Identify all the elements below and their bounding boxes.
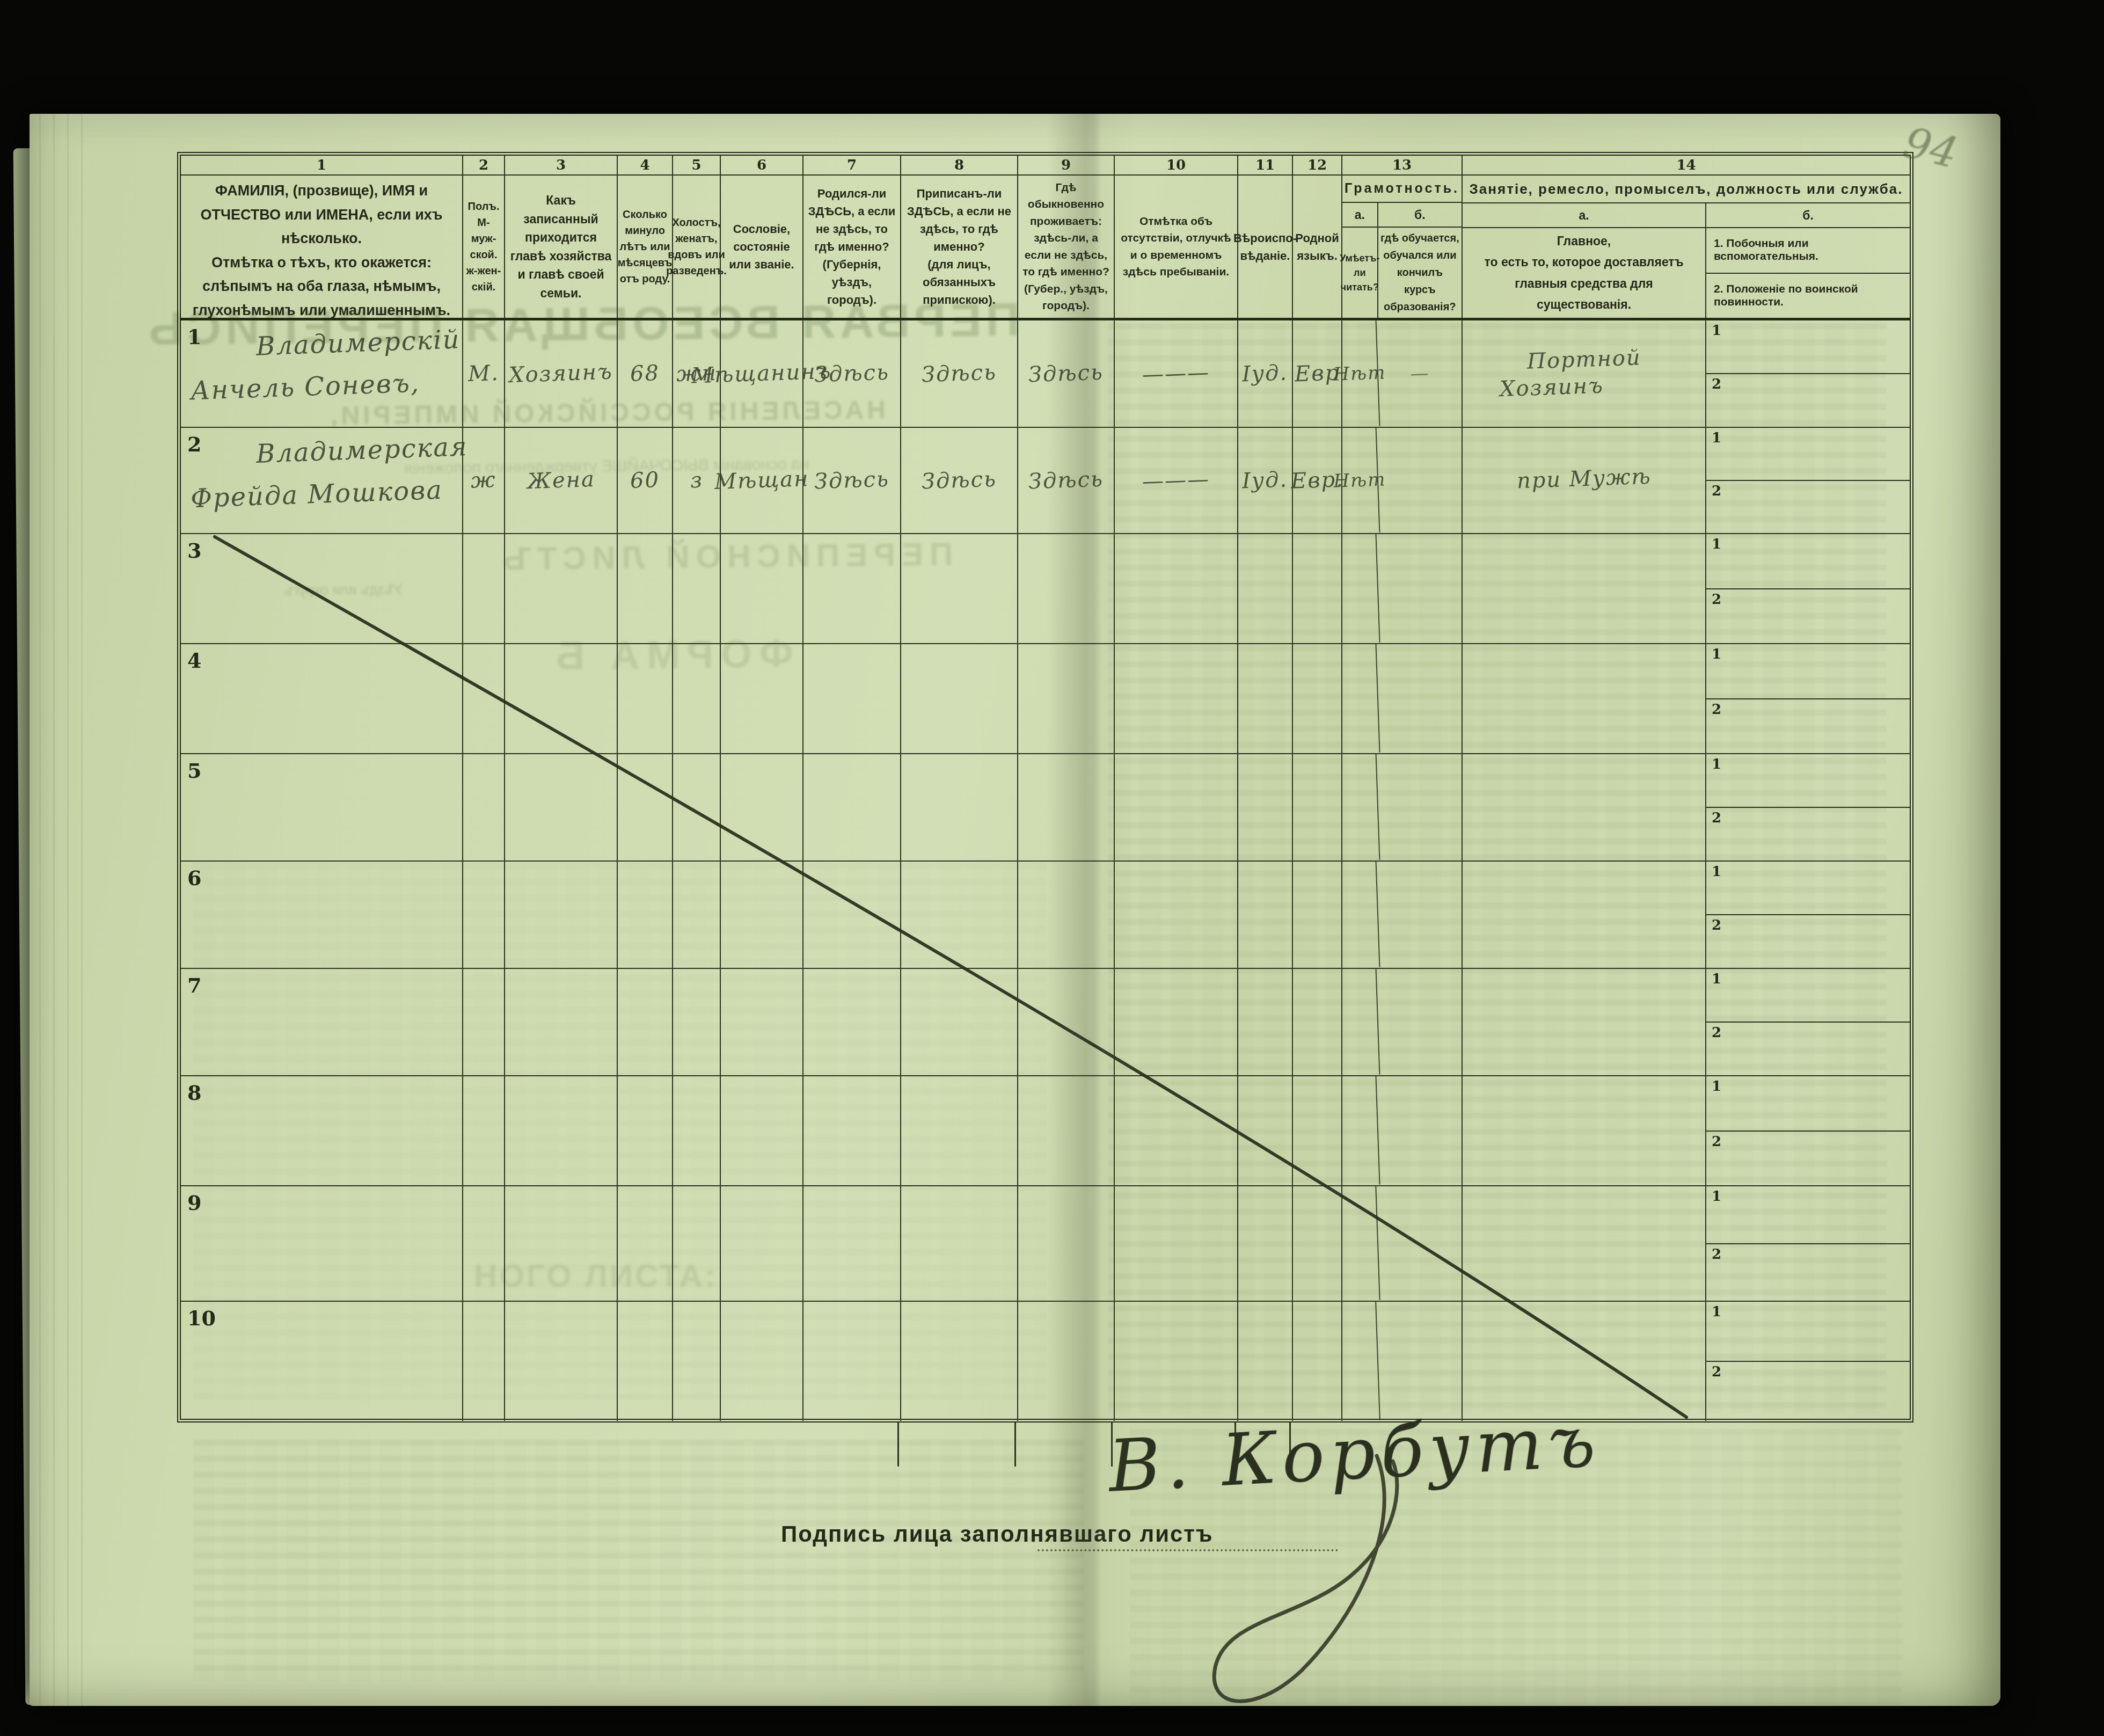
cell-col12-row8 — [1293, 1076, 1342, 1185]
cell-col11-row3 — [1238, 534, 1293, 643]
cell-col8-row9 — [901, 1186, 1018, 1301]
cell-col5-row2: з — [673, 428, 721, 533]
column-4-number: 4 — [618, 156, 672, 176]
cell-col13-row1: Нѣт— — [1342, 320, 1463, 427]
column-8-header-text: Приписанъ-ли ЗДѢСЬ, а если не здѣсь, то … — [901, 176, 1017, 318]
column-12-header-text: Родной языкъ. — [1293, 176, 1341, 318]
cell-col3-row7 — [505, 969, 618, 1075]
cell-col2-row2: ж — [463, 428, 505, 533]
literacy-sublabels: а.б. — [1342, 203, 1462, 228]
subcell-1-row7: 1 — [1706, 969, 1910, 1023]
handwritten-entry: 60 — [630, 468, 660, 493]
sublabel-a: а. — [1463, 203, 1705, 228]
cell-col12-row4 — [1293, 644, 1342, 753]
subcell-1-row4: 1 — [1706, 644, 1910, 699]
subcell-1-row5: 1 — [1706, 754, 1910, 808]
subcell-label-1: 1 — [1712, 1188, 1721, 1205]
cell-col4-row8 — [618, 1076, 673, 1185]
cell-col7-row2: Здѣсь — [803, 428, 901, 533]
handwritten-entry: 68 — [630, 361, 660, 386]
handwritten-entry: ж — [470, 468, 496, 493]
subcell-label-1: 1 — [1712, 1304, 1721, 1320]
handwritten-entry: Здѣсь — [921, 360, 997, 388]
cell-col5-row10 — [673, 1302, 721, 1421]
handwritten-literacy-a — [1341, 754, 1380, 861]
cell-col14b-row3: 12 — [1706, 534, 1910, 643]
cell-col4-row1: 68 — [618, 320, 673, 427]
cell-col8-row5 — [901, 754, 1018, 860]
occupation-b1-text: 1. Побочныя или вспомогательныя. — [1706, 228, 1910, 274]
column-8-header: 8Приписанъ-ли ЗДѢСЬ, а если не здѣсь, то… — [901, 156, 1018, 318]
cell-col14a-row1: ПортнойХозяинъ — [1463, 320, 1706, 427]
handwritten-entry: Іуд. — [1242, 361, 1289, 387]
cell-col14-row7: 12 — [1463, 969, 1910, 1075]
cell-col5-row8 — [673, 1076, 721, 1185]
cell-col6-row3 — [721, 534, 803, 643]
subcell-1-row1: 1 — [1706, 320, 1910, 374]
cell-name-row10: 10 — [181, 1302, 463, 1421]
cell-col14-row4: 12 — [1463, 644, 1910, 753]
handwritten-entry: Здѣсь — [814, 360, 889, 388]
cell-col12-row6 — [1293, 862, 1342, 968]
handwritten-entry: Іуд. — [1242, 468, 1289, 494]
cell-col11-row10 — [1238, 1302, 1293, 1421]
subcell-1-row2: 1 — [1706, 428, 1910, 481]
cell-col6-row5 — [721, 754, 803, 860]
cell-name-row7: 7 — [181, 969, 463, 1075]
cell-col5-row7 — [673, 969, 721, 1075]
cell-col2-row4 — [463, 644, 505, 753]
cell-col3-row1: Хозяинъ — [505, 320, 618, 427]
cell-col2-row10 — [463, 1302, 505, 1421]
cell-col2-row3 — [463, 534, 505, 643]
subcell-label-2: 2 — [1712, 917, 1721, 933]
table-header-row: 1ФАМИЛІЯ, (прозвище), ИМЯ и ОТЧЕСТВО или… — [181, 156, 1910, 320]
row-number: 7 — [187, 973, 201, 997]
handwritten-surname: Владимерскій — [255, 324, 461, 361]
cell-col14a-row3 — [1463, 534, 1706, 643]
paper-fold-edge-lines — [39, 114, 87, 1706]
subcell-2-row3: 2 — [1706, 589, 1910, 644]
cell-col7-row3 — [803, 534, 901, 643]
cell-col13-row8 — [1342, 1076, 1463, 1185]
column-3-header: 3Какъ записанный приходится главѣ хозяйс… — [505, 156, 618, 318]
handwritten-given-name: Анчель Соневъ, — [190, 368, 420, 406]
column-13-number: 13 — [1342, 156, 1462, 176]
handwritten-entry: ——— — [1142, 360, 1210, 387]
cell-col8-row6 — [901, 862, 1018, 968]
cell-col6-row7 — [721, 969, 803, 1075]
cell-col14b-row10: 12 — [1706, 1302, 1910, 1421]
handwritten-entry: ——— — [1142, 467, 1210, 494]
row-number: 2 — [187, 432, 201, 456]
column-6-header: 6Сословіе, состояніе или званіе. — [721, 156, 803, 318]
column-11-number: 11 — [1238, 156, 1292, 176]
subcell-2-row9: 2 — [1706, 1244, 1910, 1301]
column-5-header: 5Холостъ, женатъ, вдовъ или разведенъ. — [673, 156, 721, 318]
cell-col2-row9 — [463, 1186, 505, 1301]
handwritten-entry: Жена — [527, 467, 595, 494]
cell-col11-row4 — [1238, 644, 1293, 753]
column-12-number: 12 — [1293, 156, 1341, 176]
cell-col14-row1: ПортнойХозяинъ12 — [1463, 320, 1910, 427]
cell-col7-row1: Здѣсь — [803, 320, 901, 427]
cell-col3-row3 — [505, 534, 618, 643]
cell-col4-row5 — [618, 754, 673, 860]
table-row-1: 1ВладимерскійАнчель Соневъ,М.Хозяинъ68жн… — [181, 320, 1910, 428]
handwritten-entry: М. — [467, 361, 499, 386]
literacy-b-text: гдѣ обучается, обучался или кончилъ курс… — [1378, 228, 1462, 318]
cell-col12-row3 — [1293, 534, 1342, 643]
cell-col6-row9 — [721, 1186, 803, 1301]
cell-col3-row2: Жена — [505, 428, 618, 533]
cell-col13-row9 — [1342, 1186, 1463, 1301]
cell-col14-row2: при Мужѣ12 — [1463, 428, 1910, 533]
cell-col3-row6 — [505, 862, 618, 968]
cell-name-row6: 6 — [181, 862, 463, 968]
column-7-number: 7 — [803, 156, 900, 176]
cell-col14-row8: 12 — [1463, 1076, 1910, 1185]
subcell-label-2: 2 — [1712, 702, 1721, 718]
cell-col14-row5: 12 — [1463, 754, 1910, 860]
cell-col5-row3 — [673, 534, 721, 643]
cell-col3-row5 — [505, 754, 618, 860]
column-2-header-text: Полъ. М-муж-ской. ж-жен-скій. — [463, 176, 504, 318]
cell-col7-row7 — [803, 969, 901, 1075]
cell-col5-row5 — [673, 754, 721, 860]
sublabel-b: б. — [1378, 203, 1462, 227]
handwritten-entry: Хозяинъ — [508, 360, 613, 388]
cell-col3-row4 — [505, 644, 618, 753]
cell-col5-row6 — [673, 862, 721, 968]
cell-col13-row4 — [1342, 644, 1463, 753]
row-number: 1 — [187, 325, 201, 349]
cell-col14b-row2: 12 — [1706, 428, 1910, 533]
subcell-1-row3: 1 — [1706, 534, 1910, 589]
cell-col11-row2: Іуд. — [1238, 428, 1293, 533]
table-row-8: 812 — [181, 1076, 1910, 1186]
handwritten-literacy-a — [1340, 534, 1380, 644]
cell-col7-row9 — [803, 1186, 901, 1301]
cell-col2-row8 — [463, 1076, 505, 1185]
subcell-2-row5: 2 — [1706, 808, 1910, 860]
cell-col14b-row8: 12 — [1706, 1076, 1910, 1185]
cell-name-row9: 9 — [181, 1186, 463, 1301]
cell-col7-row6 — [803, 862, 901, 968]
handwritten-entry: Мѣщан — [714, 466, 809, 494]
cell-col14b-row9: 12 — [1706, 1186, 1910, 1301]
occupation-band: Занятіе, ремесло, промыселъ, должность и… — [1463, 176, 1910, 203]
subcell-label-2: 2 — [1712, 483, 1721, 499]
cell-col4-row2: 60 — [618, 428, 673, 533]
cell-col4-row9 — [618, 1186, 673, 1301]
subcell-1-row8: 1 — [1706, 1076, 1910, 1132]
column-5-number: 5 — [673, 156, 720, 176]
handwritten-occupation-line1: при Мужѣ — [1516, 464, 1652, 494]
column-12-header: 12Родной языкъ. — [1293, 156, 1342, 318]
column-4-header-text: Сколько минуло лѣтъ или мѣсяцевъ отъ род… — [618, 176, 672, 318]
column-3-header-text: Какъ записанный приходится главѣ хозяйст… — [505, 176, 617, 318]
cell-col12-row5 — [1293, 754, 1342, 860]
cell-col14-row10: 12 — [1463, 1302, 1910, 1421]
column-13-header: 13Грамотность.а.б.Умѣетъ-ли читать?гдѣ о… — [1342, 156, 1463, 318]
center-fold-crease — [1047, 114, 1138, 1706]
table-body: 1ВладимерскійАнчель Соневъ,М.Хозяинъ68жн… — [181, 320, 1910, 1421]
column-4-header: 4Сколько минуло лѣтъ или мѣсяцевъ отъ ро… — [618, 156, 673, 318]
occupation-b2-text: 2. Положеніе по воинской повинности. — [1706, 274, 1910, 318]
column-2-header: 2Полъ. М-муж-ской. ж-жен-скій. — [463, 156, 505, 318]
table-row-7: 712 — [181, 969, 1910, 1076]
handwritten-literacy-a — [1340, 1301, 1380, 1421]
row-number: 5 — [187, 758, 201, 783]
row-number: 3 — [187, 538, 201, 563]
cell-col13-row6 — [1342, 862, 1463, 968]
handwritten-surname: Владимерская — [255, 432, 468, 469]
cell-col4-row6 — [618, 862, 673, 968]
literacy-subheaders: Умѣетъ-ли читать?гдѣ обучается, обучался… — [1342, 228, 1462, 318]
handwritten-occupation-line1: Портной — [1526, 345, 1641, 374]
subcell-label-2: 2 — [1712, 1364, 1721, 1380]
cell-col14a-row5 — [1463, 754, 1706, 860]
cell-col13-row7 — [1342, 969, 1463, 1075]
cell-col14b-row7: 12 — [1706, 969, 1910, 1075]
subcell-2-row10: 2 — [1706, 1362, 1910, 1421]
cell-name-row2: 2ВладимерскаяФрейда Мошкова — [181, 428, 463, 533]
cell-col4-row7 — [618, 969, 673, 1075]
cell-col6-row2: Мѣщан — [721, 428, 803, 533]
cell-col7-row4 — [803, 644, 901, 753]
cell-col7-row5 — [803, 754, 901, 860]
cell-name-row8: 8 — [181, 1076, 463, 1185]
handwritten-literacy-b — [1376, 967, 1463, 1076]
cell-col4-row10 — [618, 1302, 673, 1421]
cell-col8-row1: Здѣсь — [901, 320, 1018, 427]
cell-col11-row6 — [1238, 862, 1293, 968]
cell-col11-row1: Іуд. — [1238, 320, 1293, 427]
cell-col11-row9 — [1238, 1186, 1293, 1301]
column-14-header: 14Занятіе, ремесло, промыселъ, должность… — [1463, 156, 1910, 318]
sublabel-b: б. — [1706, 203, 1910, 228]
handwritten-literacy-b — [1376, 1185, 1464, 1302]
handwritten-literacy-b — [1376, 860, 1463, 969]
occupation-a-text: Главное, то есть то, которое доставляетъ… — [1463, 228, 1705, 318]
cell-col4-row3 — [618, 534, 673, 643]
subcell-1-row9: 1 — [1706, 1186, 1910, 1244]
column-8-number: 8 — [901, 156, 1017, 176]
cell-name-row1: 1ВладимерскійАнчель Соневъ, — [181, 320, 463, 427]
handwritten-literacy-b — [1376, 1300, 1464, 1422]
scanned-census-sheet: ПЕРВАЯ ВСЕОБЩАЯ ПЕРЕПИСЬ НАСЕЛЕНІЯ РОССІ… — [0, 0, 2104, 1736]
handwritten-given-name: Фрейда Мошкова — [190, 475, 443, 514]
cell-col14a-row4 — [1463, 644, 1706, 753]
handwritten-literacy-b — [1376, 1075, 1463, 1186]
cell-col12-row10 — [1293, 1302, 1342, 1421]
subcell-label-2: 2 — [1712, 1025, 1721, 1041]
cell-col4-row4 — [618, 644, 673, 753]
handwritten-literacy-b — [1376, 643, 1463, 754]
column-6-number: 6 — [721, 156, 802, 176]
table-row-6: 612 — [181, 862, 1910, 969]
column-7-header: 7Родился-ли ЗДѢСЬ, а если не здѣсь, то г… — [803, 156, 901, 318]
cell-col13-row10 — [1342, 1302, 1463, 1421]
subcell-label-1: 1 — [1712, 756, 1721, 772]
table-row-10: 1012 — [181, 1302, 1910, 1421]
table-row-9: 912 — [181, 1186, 1910, 1302]
subcell-label-2: 2 — [1712, 1134, 1721, 1150]
column-11-header-text: Вѣроиспо-вѣданіе. — [1238, 176, 1292, 318]
column-divider-stub — [1014, 1423, 1016, 1467]
cell-col2-row5 — [463, 754, 505, 860]
cell-col3-row9 — [505, 1186, 618, 1301]
column-divider-stub — [897, 1423, 899, 1467]
cell-col2-row7 — [463, 969, 505, 1075]
column-1-header: 1ФАМИЛІЯ, (прозвище), ИМЯ и ОТЧЕСТВО или… — [181, 156, 463, 318]
column-1-header-text: ФАМИЛІЯ, (прозвище), ИМЯ и ОТЧЕСТВО или … — [181, 176, 462, 325]
cell-col13-row5 — [1342, 754, 1463, 860]
subcell-label-1: 1 — [1712, 971, 1721, 987]
cell-col14a-row6 — [1463, 862, 1706, 968]
cell-col7-row10 — [803, 1302, 901, 1421]
cell-col14b-row1: 12 — [1706, 320, 1910, 427]
literacy-band: Грамотность. — [1342, 176, 1462, 203]
subcell-2-row1: 2 — [1706, 374, 1910, 427]
subcell-label-1: 1 — [1712, 430, 1721, 446]
column-14-number: 14 — [1463, 156, 1910, 176]
cell-col8-row3 — [901, 534, 1018, 643]
cell-col14b-row4: 12 — [1706, 644, 1910, 753]
column-7-header-text: Родился-ли ЗДѢСЬ, а если не здѣсь, то гд… — [803, 176, 900, 318]
cell-col6-row1: Мѣщанинъ — [721, 320, 803, 427]
row-number: 9 — [187, 1191, 201, 1215]
subcell-1-row6: 1 — [1706, 862, 1910, 915]
cell-name-row5: 5 — [181, 754, 463, 860]
handwritten-literacy-b — [1376, 753, 1463, 862]
row-number: 10 — [187, 1306, 216, 1330]
subcell-2-row4: 2 — [1706, 699, 1910, 754]
census-form-page: ПЕРВАЯ ВСЕОБЩАЯ ПЕРЕПИСЬ НАСЕЛЕНІЯ РОССІ… — [30, 114, 2000, 1706]
subcell-2-row8: 2 — [1706, 1132, 1910, 1186]
column-2-number: 2 — [463, 156, 504, 176]
handwritten-literacy-a — [1341, 968, 1380, 1076]
cell-col11-row7 — [1238, 969, 1293, 1075]
subcell-1-row10: 1 — [1706, 1302, 1910, 1362]
cell-col14b-row6: 12 — [1706, 862, 1910, 968]
cell-col8-row7 — [901, 969, 1018, 1075]
cell-col3-row10 — [505, 1302, 618, 1421]
row-number: 4 — [187, 648, 201, 673]
cell-col14a-row8 — [1463, 1076, 1706, 1185]
cell-col6-row10 — [721, 1302, 803, 1421]
cell-col14-row9: 12 — [1463, 1186, 1910, 1301]
cell-name-row3: 3 — [181, 534, 463, 643]
handwritten-literacy-b — [1376, 426, 1463, 534]
subcell-label-1: 1 — [1712, 536, 1721, 552]
column-1-number: 1 — [181, 156, 462, 176]
row-number: 8 — [187, 1081, 201, 1105]
handwritten-occupation-line2: Хозяинъ — [1499, 374, 1604, 402]
subcell-2-row7: 2 — [1706, 1023, 1910, 1075]
cell-col14a-row7 — [1463, 969, 1706, 1075]
cell-name-row4: 4 — [181, 644, 463, 753]
handwritten-literacy-a: Нѣт — [1341, 427, 1380, 534]
table-row-2: 2ВладимерскаяФрейда МошковажЖена60зМѣщан… — [181, 428, 1910, 534]
occupation-a: а.Главное, то есть то, которое доставляе… — [1463, 203, 1706, 318]
cell-col12-row9 — [1293, 1186, 1342, 1301]
cell-col13-row3 — [1342, 534, 1463, 643]
cell-col14b-row5: 12 — [1706, 754, 1910, 860]
subcell-label-2: 2 — [1712, 810, 1721, 826]
literacy-a-text: Умѣетъ-ли читать? — [1342, 228, 1378, 318]
subcell-2-row2: 2 — [1706, 481, 1910, 533]
bleed-texture-bottom-left — [193, 1440, 1084, 1681]
handwritten-literacy-a — [1340, 1076, 1380, 1186]
handwritten-literacy-b: — — [1376, 319, 1463, 428]
table-row-4: 412 — [181, 644, 1910, 754]
subcell-label-1: 1 — [1712, 646, 1721, 662]
handwritten-entry: Здѣсь — [921, 467, 997, 494]
cell-col12-row7 — [1293, 969, 1342, 1075]
column-6-header-text: Сословіе, состояніе или званіе. — [721, 176, 802, 318]
cell-col8-row8 — [901, 1076, 1018, 1185]
cell-col8-row10 — [901, 1302, 1018, 1421]
cell-col7-row8 — [803, 1076, 901, 1185]
column-5-header-text: Холостъ, женатъ, вдовъ или разведенъ. — [673, 176, 720, 318]
census-table: 1ФАМИЛІЯ, (прозвище), ИМЯ и ОТЧЕСТВО или… — [177, 152, 1913, 1423]
cell-col8-row4 — [901, 644, 1018, 753]
subcell-2-row6: 2 — [1706, 915, 1910, 968]
sublabel-a: а. — [1342, 203, 1378, 227]
cell-col14-row3: 12 — [1463, 534, 1910, 643]
subcell-label-1: 1 — [1712, 1078, 1721, 1095]
cell-col14-row6: 12 — [1463, 862, 1910, 968]
subcell-label-2: 2 — [1712, 376, 1721, 392]
cell-col8-row2: Здѣсь — [901, 428, 1018, 533]
cell-col2-row1: М. — [463, 320, 505, 427]
cell-col14a-row2: при Мужѣ — [1463, 428, 1706, 533]
subcell-label-2: 2 — [1712, 1246, 1721, 1263]
column-3-number: 3 — [505, 156, 617, 176]
cell-col5-row9 — [673, 1186, 721, 1301]
subcell-label-1: 1 — [1712, 864, 1721, 880]
cell-col3-row8 — [505, 1076, 618, 1185]
cell-col14a-row9 — [1463, 1186, 1706, 1301]
handwritten-literacy-a — [1340, 644, 1380, 754]
subcell-label-1: 1 — [1712, 323, 1721, 339]
subcell-label-2: 2 — [1712, 592, 1721, 608]
table-row-3: 312 — [181, 534, 1910, 644]
cell-col6-row4 — [721, 644, 803, 753]
handwritten-entry: з — [690, 468, 703, 493]
handwritten-literacy-a: Нѣт — [1341, 320, 1380, 427]
handwritten-entry: Здѣсь — [814, 467, 889, 494]
cell-col5-row4 — [673, 644, 721, 753]
cell-col11-row5 — [1238, 754, 1293, 860]
cell-col11-row8 — [1238, 1076, 1293, 1185]
cell-col13-row2: Нѣт — [1342, 428, 1463, 533]
cell-col2-row6 — [463, 862, 505, 968]
occupation-b: б.1. Побочныя или вспомогательныя.2. Пол… — [1706, 203, 1910, 318]
handwritten-literacy-a — [1341, 861, 1380, 968]
handwritten-literacy-a — [1340, 1186, 1380, 1301]
handwritten-literacy-b — [1376, 533, 1463, 644]
table-row-5: 512 — [181, 754, 1910, 862]
row-number: 6 — [187, 866, 201, 890]
column-11-header: 11Вѣроиспо-вѣданіе. — [1238, 156, 1293, 318]
cell-col6-row6 — [721, 862, 803, 968]
cell-col6-row8 — [721, 1076, 803, 1185]
occupation-subheaders: а.Главное, то есть то, которое доставляе… — [1463, 203, 1910, 318]
